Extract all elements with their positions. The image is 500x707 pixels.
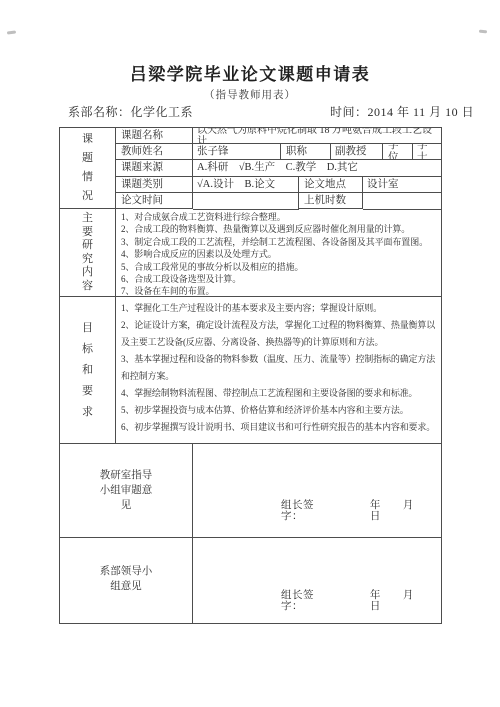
review-dept-label: 系部领导小组意见 — [99, 564, 153, 594]
degree-value: 学士 — [413, 144, 442, 160]
category-options: √A.设计 B.论文 — [193, 177, 299, 193]
list-item: 6、合成工段设备选型及计算。 — [121, 273, 438, 285]
topic-name-label: 课题名称 — [116, 128, 193, 144]
list-item: 2、论证设计方案，确定设计流程及方法，掌握化工过程的物料衡算、热量衡算以及主要工… — [121, 317, 438, 351]
section-goals-label-cell: 目标和要求 — [60, 297, 116, 444]
list-item: 1、对合成氨合成工艺资料进行综合整理。 — [121, 211, 438, 223]
review-dept-sign-label: 组长签字： — [281, 590, 332, 613]
location-value: 设计室 — [363, 177, 442, 193]
list-item: 1、掌握化工生产过程设计的基本要求及主要内容；掌握设计原则。 — [121, 300, 438, 317]
list-item: 5、合成工段常见的事故分析以及相应的措施。 — [121, 261, 438, 273]
research-content: 1、对合成氨合成工艺资料进行综合整理。2、合成工段的物料衡算、热量衡算以及遇到反… — [116, 209, 442, 297]
list-item: 4、影响合成反应的因素以及处理方式。 — [121, 248, 438, 260]
review-dept-label-cell: 系部领导小组意见 — [60, 538, 193, 624]
list-item: 6、初步掌握撰写设计说明书、项目建议书和可行性研究报告的基本内容和要求。 — [121, 419, 438, 436]
computer-hours-label: 上机时数 — [299, 193, 363, 209]
section-research-label: 主要研究内容 — [82, 212, 93, 293]
list-item: 4、掌握绘制物料流程图、带控制点工艺流程图和主要设备图的要求和标准。 — [121, 385, 438, 402]
review-office-label-cell: 教研室指导小组审题意见 — [60, 444, 193, 538]
section-topic-label-cell: 课题情况 — [60, 128, 116, 209]
department-label: 系部名称： — [68, 105, 131, 119]
thesis-time-label: 论文时间 — [116, 193, 193, 209]
department-value: 化学化工系 — [131, 105, 194, 119]
category-label: 课题类别 — [116, 177, 193, 193]
section-goals-label: 目标和要求 — [82, 318, 93, 423]
list-item: 3、基本掌握过程和设备的物料参数（温度、压力、流量等）控制指标的确定方法和控制方… — [121, 351, 438, 385]
location-label: 论文地点 — [299, 177, 363, 193]
review-dept-date-placeholder: 年 月 日 — [370, 590, 441, 613]
scanned-form-page: { "page": { "title": "吕梁学院毕业论文课题申请表", "s… — [0, 0, 500, 707]
computer-hours-value — [363, 193, 442, 210]
rank-label: 职称 — [281, 144, 331, 160]
source-label: 课题来源 — [116, 160, 193, 177]
review-dept-opinion-area: 组长签字： 年 月 日 — [193, 538, 442, 624]
date-label: 时间： — [330, 105, 368, 119]
date-line: 时间：2014 年 11 月 10 日 — [330, 103, 474, 120]
scan-artifact-right — [479, 30, 487, 34]
list-item: 5、初步掌握投资与成本估算、价格估算和经济评价基本内容和主要方法。 — [121, 402, 438, 419]
review-dept-signature-row: 组长签字： 年 月 日 — [193, 590, 441, 623]
application-form-table: 课题情况 课题名称 以天然气为原料甲烷化制取 18 万吨氨合成工段工艺设计 教师… — [59, 127, 442, 624]
rank-value: 副教授 — [331, 144, 383, 160]
teacher-name-label: 教师姓名 — [116, 144, 193, 160]
form-subtitle: （指导教师用表） — [0, 87, 500, 102]
review-office-sign-label: 组长签字： — [281, 500, 332, 523]
list-item: 2、合成工段的物料衡算、热量衡算以及遇到反应器时催化剂用量的计算。 — [121, 223, 438, 235]
scan-artifact-left — [7, 30, 16, 34]
section-research-label-cell: 主要研究内容 — [60, 209, 116, 297]
form-title: 吕梁学院毕业论文课题申请表 — [0, 60, 500, 85]
list-item: 7、设备在车间的布置。 — [121, 285, 438, 297]
teacher-name-value: 张子锋 — [193, 144, 281, 160]
thesis-time-value — [193, 193, 299, 210]
review-office-signature-row: 组长签字： 年 月 日 — [193, 500, 441, 537]
source-options: A.科研 √B.生产 C.教学 D.其它 — [193, 160, 442, 177]
list-item: 3、制定合成工段的工艺流程，并绘制工艺流程图、各设备图及其平面布置图。 — [121, 236, 438, 248]
date-value: 2014 年 11 月 10 日 — [368, 105, 475, 119]
review-office-opinion-area: 组长签字： 年 月 日 — [193, 444, 442, 538]
degree-label: 学位 — [383, 144, 413, 160]
review-office-date-placeholder: 年 月 日 — [370, 500, 441, 523]
section-topic-label: 课题情况 — [82, 130, 93, 206]
goals-content: 1、掌握化工生产过程设计的基本要求及主要内容；掌握设计原则。2、论证设计方案，确… — [116, 297, 442, 444]
review-office-label: 教研室指导小组审题意见 — [99, 468, 153, 513]
department-line: 系部名称：化学化工系 — [68, 103, 193, 120]
topic-name-value: 以天然气为原料甲烷化制取 18 万吨氨合成工段工艺设计 — [193, 128, 442, 144]
